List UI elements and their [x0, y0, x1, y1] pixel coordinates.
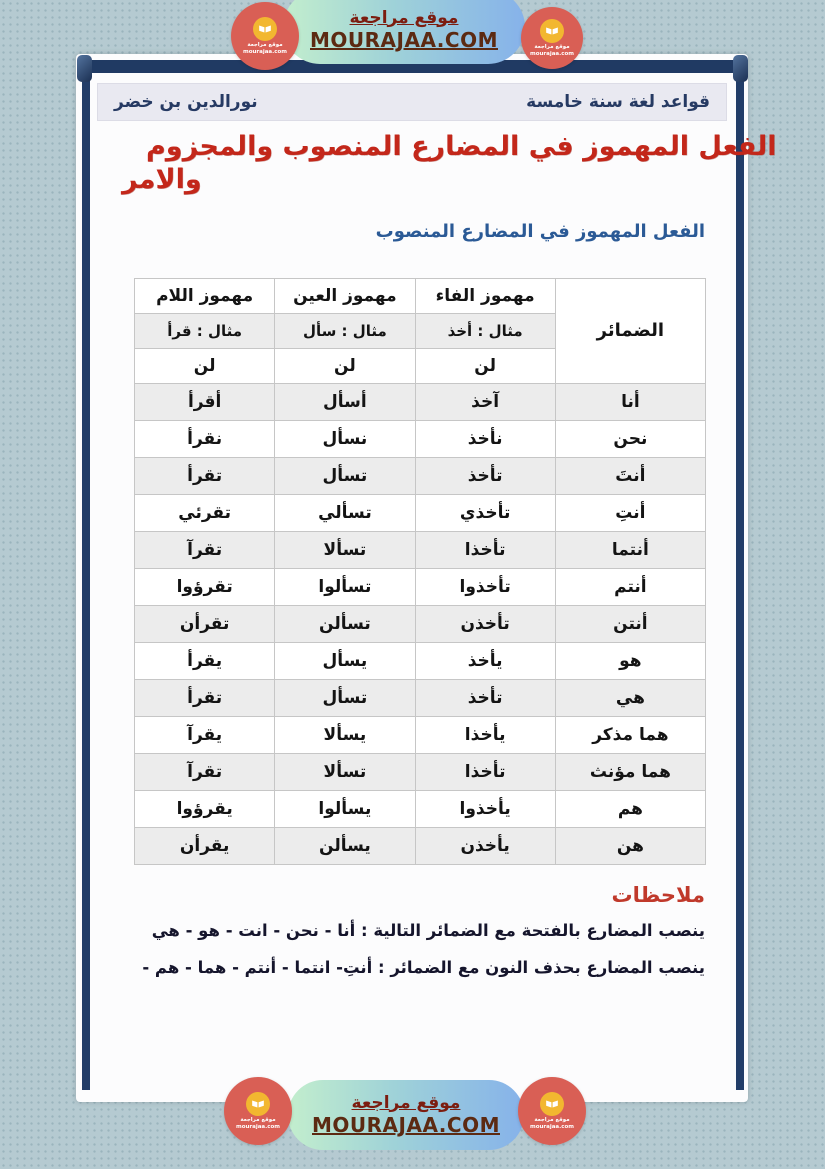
particle-cell: لن [415, 349, 555, 384]
notes-heading: ملاحظات [611, 883, 705, 907]
verb-cell: تسألا [275, 754, 415, 791]
verb-cell: نقرأ [135, 421, 275, 458]
site-logo-icon: موقع مراجعةmourajaa.com [224, 1077, 292, 1145]
verb-cell: يسألن [275, 828, 415, 865]
verb-cell: يأخذ [415, 643, 555, 680]
column-header-hamza-ain: مهموز العين [275, 279, 415, 314]
frame-corner-knob-right [733, 55, 748, 82]
table-row: أنتما تأخذا تسألا تقرآ [135, 532, 706, 569]
site-link-url[interactable]: MOURAJAA.COM [312, 1114, 500, 1136]
table-row: هي تأخذ تسأل تقرأ [135, 680, 706, 717]
pronoun-cell: أنا [555, 384, 705, 421]
pronoun-cell: هما مذكر [555, 717, 705, 754]
pronoun-cell: هما مؤنث [555, 754, 705, 791]
logo-caption: موقع مراجعةmourajaa.com [236, 1117, 280, 1131]
table-row: هما مذكر يأخذا يسألا يقرآ [135, 717, 706, 754]
pronoun-cell: هن [555, 828, 705, 865]
book-icon [540, 19, 564, 43]
table-row: أنتم تأخذوا تسألوا تقرؤوا [135, 569, 706, 606]
table-row: نحن نأخذ نسأل نقرأ [135, 421, 706, 458]
verb-cell: تأخذن [415, 606, 555, 643]
conjugation-table: الضمائر مهموز الفاء مهموز العين مهموز ال… [134, 278, 706, 865]
verb-cell: تأخذوا [415, 569, 555, 606]
verb-cell: تأخذ [415, 680, 555, 717]
pronoun-cell: نحن [555, 421, 705, 458]
verb-cell: تقرؤوا [135, 569, 275, 606]
pronoun-cell: أنتم [555, 569, 705, 606]
pronoun-cell: أنتِ [555, 495, 705, 532]
logo-caption: موقع مراجعةmourajaa.com [530, 44, 574, 58]
verb-cell: نأخذ [415, 421, 555, 458]
logo-caption: موقع مراجعةmourajaa.com [243, 42, 287, 56]
page-title-line1: الفعل المهموز في المضارع المنصوب والمجزو… [146, 131, 777, 162]
verb-cell: تقرئي [135, 495, 275, 532]
verb-cell: تقرأ [135, 458, 275, 495]
pronoun-cell: أنتن [555, 606, 705, 643]
pronoun-cell: هم [555, 791, 705, 828]
table-row: هما مؤنث تأخذا تسألا تقرآ [135, 754, 706, 791]
frame-corner-knob-left [77, 55, 92, 82]
logo-caption: موقع مراجعةmourajaa.com [530, 1117, 574, 1131]
site-link-arabic[interactable]: موقع مراجعة [350, 9, 459, 28]
table-header-row: الضمائر مهموز الفاء مهموز العين مهموز ال… [135, 279, 706, 314]
conjugation-table-body: أنا آخذ أسأل أقرأ نحن نأخذ نسأل نقرأ أنت… [135, 384, 706, 865]
pronoun-cell: أنتَ [555, 458, 705, 495]
site-link-url[interactable]: MOURAJAA.COM [310, 29, 498, 51]
verb-cell: أقرأ [135, 384, 275, 421]
verb-cell: تسألي [275, 495, 415, 532]
book-icon [246, 1092, 270, 1116]
pronoun-column-header: الضمائر [555, 279, 705, 384]
verb-cell: تقرآ [135, 754, 275, 791]
document-header-bar: قواعد لغة سنة خامسة نورالدين بن خضر [97, 83, 727, 121]
verb-cell: تقرأن [135, 606, 275, 643]
table-row: هو يأخذ يسأل يقرأ [135, 643, 706, 680]
table-row: أنتَ تأخذ تسأل تقرأ [135, 458, 706, 495]
verb-cell: يقرأن [135, 828, 275, 865]
table-row: أنتِ تأخذي تسألي تقرئي [135, 495, 706, 532]
verb-cell: تسأل [275, 458, 415, 495]
book-icon [253, 17, 277, 41]
verb-cell: يأخذوا [415, 791, 555, 828]
verb-cell: تسألوا [275, 569, 415, 606]
page-title-line2: والامر [122, 164, 202, 195]
example-cell: مثال : أخذ [415, 314, 555, 349]
verb-cell: تقرآ [135, 532, 275, 569]
example-cell: مثال : قرأ [135, 314, 275, 349]
verb-cell: يقرآ [135, 717, 275, 754]
site-badge-bottom: موقع مراجعة MOURAJAA.COM [288, 1080, 524, 1150]
verb-cell: يأخذن [415, 828, 555, 865]
header-author-label: نورالدين بن خضر [114, 92, 258, 112]
header-course-label: قواعد لغة سنة خامسة [526, 92, 710, 112]
verb-cell: تأخذي [415, 495, 555, 532]
verb-cell: تأخذ [415, 458, 555, 495]
verb-cell: تسألن [275, 606, 415, 643]
table-row: أنا آخذ أسأل أقرأ [135, 384, 706, 421]
section-subtitle: الفعل المهموز في المضارع المنصوب [376, 221, 705, 242]
verb-cell: يسأل [275, 643, 415, 680]
pronoun-cell: هي [555, 680, 705, 717]
site-logo-icon: موقع مراجعةmourajaa.com [521, 7, 583, 69]
column-header-hamza-lam: مهموز اللام [135, 279, 275, 314]
verb-cell: يأخذا [415, 717, 555, 754]
worksheet-canvas: قواعد لغة سنة خامسة نورالدين بن خضر الفع… [0, 0, 825, 1169]
verb-cell: تسألا [275, 532, 415, 569]
verb-cell: تقرأ [135, 680, 275, 717]
verb-cell: آخذ [415, 384, 555, 421]
book-icon [540, 1092, 564, 1116]
verb-cell: يسألوا [275, 791, 415, 828]
verb-cell: يسألا [275, 717, 415, 754]
table-row: أنتن تأخذن تسألن تقرأن [135, 606, 706, 643]
site-logo-icon: موقع مراجعةmourajaa.com [231, 2, 299, 70]
particle-cell: لن [135, 349, 275, 384]
example-cell: مثال : سأل [275, 314, 415, 349]
verb-cell: يقرأ [135, 643, 275, 680]
verb-cell: يقرؤوا [135, 791, 275, 828]
pronoun-cell: هو [555, 643, 705, 680]
verb-cell: تأخذا [415, 532, 555, 569]
site-link-arabic[interactable]: موقع مراجعة [352, 1094, 461, 1113]
particle-cell: لن [275, 349, 415, 384]
note-line-1: ينصب المضارع بالفتحة مع الضمائر التالية … [128, 921, 705, 940]
verb-cell: تسأل [275, 680, 415, 717]
column-header-hamza-fa: مهموز الفاء [415, 279, 555, 314]
note-line-2: ينصب المضارع بحذف النون مع الضمائر : أنت… [128, 958, 705, 977]
site-badge-top: موقع مراجعة MOURAJAA.COM [283, 0, 525, 64]
table-row: هن يأخذن يسألن يقرأن [135, 828, 706, 865]
verb-cell: أسأل [275, 384, 415, 421]
table-row: هم يأخذوا يسألوا يقرؤوا [135, 791, 706, 828]
pronoun-cell: أنتما [555, 532, 705, 569]
site-logo-icon: موقع مراجعةmourajaa.com [518, 1077, 586, 1145]
verb-cell: تأخذا [415, 754, 555, 791]
verb-cell: نسأل [275, 421, 415, 458]
